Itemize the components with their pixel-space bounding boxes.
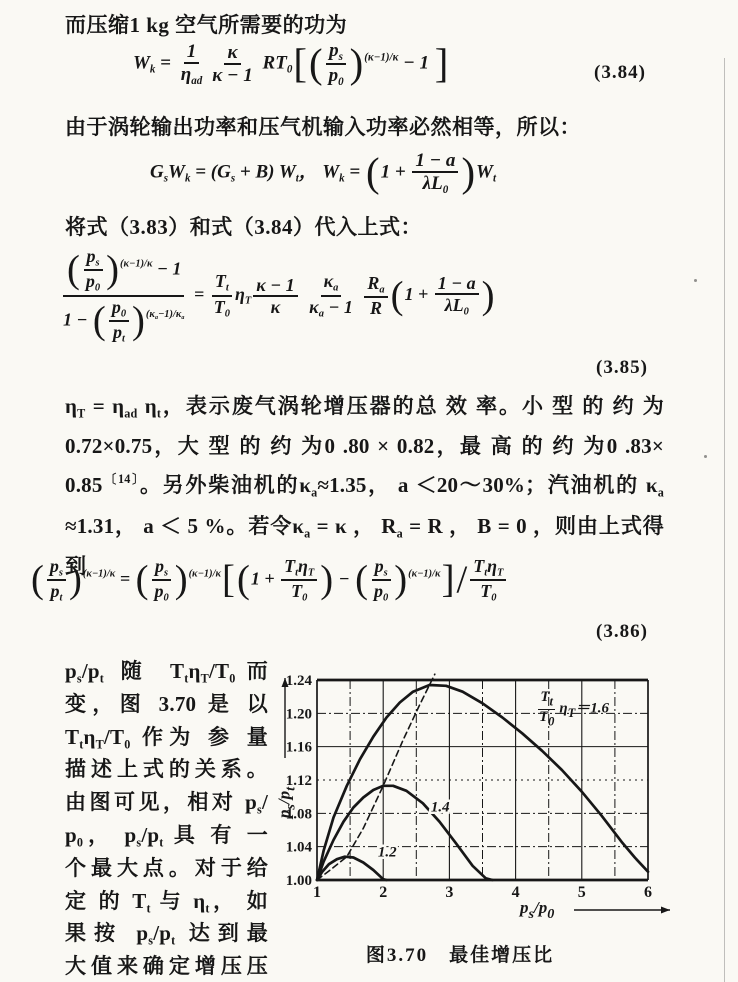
svg-text:1.2: 1.2 <box>378 845 397 861</box>
left-column-line: TtηT/T0 作为 参 量 <box>65 721 268 754</box>
page-edge-line <box>724 58 725 982</box>
svg-text:5: 5 <box>578 884 586 901</box>
left-column-line: p0， ps/pt 具 有 一 <box>65 819 268 852</box>
left-column-line: 果按 ps/pt 达到最 <box>65 917 268 950</box>
equation-power-balance: GsWk = (Gs + B) Wt， Wk = (1 + 1 − aλL0)W… <box>150 150 496 196</box>
equation-3-86: (pspt)(κ−1)/κ = (psp0)(κ−1)/κ[(1 + TtηTT… <box>30 556 508 605</box>
equation-number-3-84: (3.84) <box>594 62 646 84</box>
y-axis-label: ps/pt <box>275 747 300 857</box>
scan-speck <box>694 279 697 282</box>
svg-text:1: 1 <box>313 884 321 901</box>
svg-text:2: 2 <box>379 884 387 901</box>
figure-3-70: 1.41.21234561.001.041.081.121.161.201.24… <box>272 660 734 982</box>
left-column-line: 描述上式的关系。 <box>65 753 268 786</box>
equation-3-85: (psp0)(κ−1)/κ − 11 − (p0pt)(κa−1)/κa = T… <box>58 246 496 345</box>
x-axis-label: ps/p0 <box>520 898 554 923</box>
body-paragraph: ηT = ηad ηt，表示废气涡轮增压器的总 效 率。小 型 的 约 为 0.… <box>65 390 664 583</box>
left-column: ps/pt 随 TtηT/T0而 变，图 3.70 是 以 TtηT/T0 作为… <box>65 655 268 982</box>
svg-text:1.24: 1.24 <box>286 673 313 689</box>
curve-label-1-6: TtT0ηT＝1.6 <box>534 690 609 728</box>
intro-line: 而压缩1 kg 空气所需要的功为 <box>65 9 347 39</box>
svg-text:1.00: 1.00 <box>286 873 312 889</box>
left-column-line: 由图可见，相对 ps/ <box>65 786 268 819</box>
paragraph-line: ηT = ηad ηt，表示废气涡轮增压器的总 效 率。小 型 的 约 为 <box>65 390 664 430</box>
equation-3-84: Wk = 1ηadκκ − 1 RT0[(psp0)(κ−1)/κ − 1 ] <box>133 40 449 88</box>
left-column-line: ps/pt 随 TtηT/T0而 <box>65 655 268 688</box>
svg-text:6: 6 <box>644 884 652 901</box>
equation-number-3-85: (3.85) <box>596 357 648 379</box>
svg-text:1.4: 1.4 <box>431 800 450 816</box>
equation-number-3-86: (3.86) <box>596 621 648 643</box>
left-column-line: 变，图 3.70 是 以 <box>65 688 268 721</box>
left-column-line: 定 的 Tt 与 ηt， 如 <box>65 885 268 918</box>
paragraph-line: 0.85〔14〕。另外柴油机的κa≈1.35， a ＜20～30%；汽油机的 κ… <box>65 463 664 509</box>
svg-text:4: 4 <box>512 884 520 901</box>
power-equality-line: 由于涡轮输出功率和压气机输入功率必然相等，所以： <box>65 111 581 141</box>
paragraph-line: 0.72×0.75，大 型 的 约 为0 .80 × 0.82，最 高 的 约 … <box>65 430 664 463</box>
figure-caption: 图3.70 最佳增压比 <box>272 940 648 967</box>
paragraph-line: ≈1.31， a ＜ 5 %。若令κa = κ ， Ra = R ， B = 0… <box>65 510 664 550</box>
optimal-boost-ratio-chart: 1.41.21234561.001.041.081.121.161.201.24 <box>272 660 734 922</box>
svg-text:1.20: 1.20 <box>286 706 312 722</box>
substitute-line: 将式（3.83）和式（3.84）代入上式： <box>65 211 422 241</box>
left-column-line: 大值来确定增压压 <box>65 950 268 982</box>
svg-text:3: 3 <box>445 884 453 901</box>
left-column-line: 个最大点。对于给 <box>65 852 268 885</box>
scan-speck <box>704 455 707 458</box>
